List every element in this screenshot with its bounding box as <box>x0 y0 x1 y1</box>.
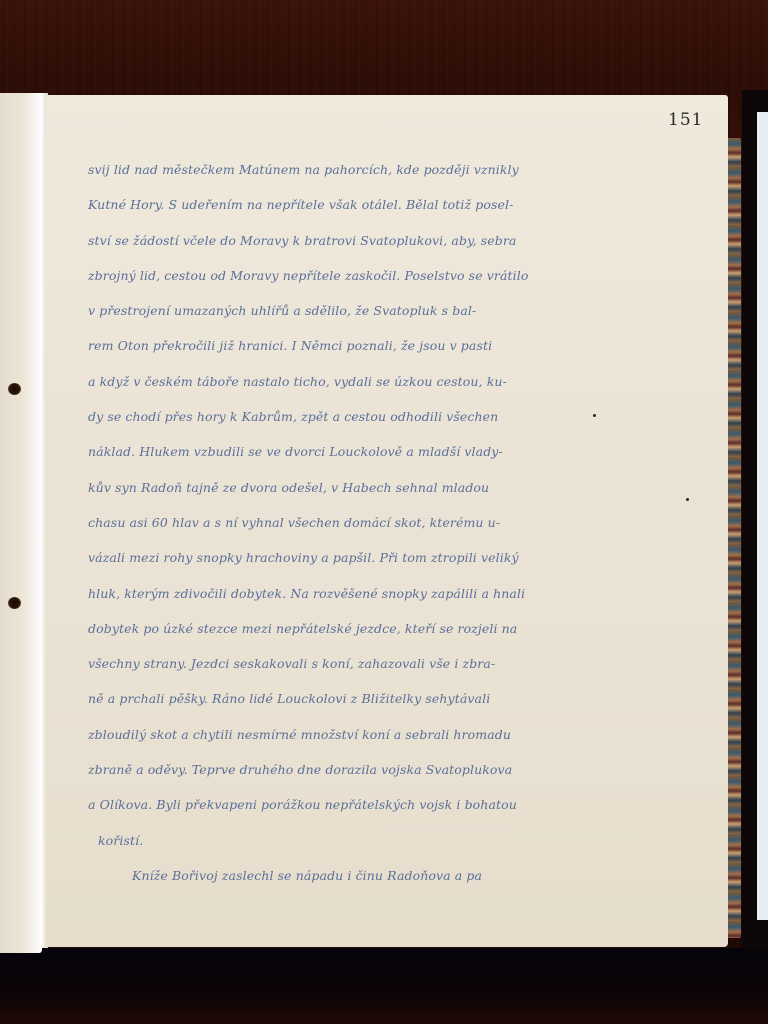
adjacent-sheet-edge <box>757 112 768 920</box>
handwritten-line: ství se žádostí včele do Moravy k bratro… <box>88 223 628 258</box>
handwritten-line: hluk, kterým zdivočili dobytek. Na rozvě… <box>88 576 628 611</box>
handwritten-line: kořistí. <box>88 823 628 858</box>
handwritten-line: zbrojný lid, cestou od Moravy nepřítele … <box>88 258 628 293</box>
punch-hole-icon <box>8 383 21 395</box>
handwritten-line: v přestrojení umazaných uhlířů a sdělilo… <box>88 293 628 328</box>
handwritten-line: a Olíkova. Byli překvapeni porážkou nepř… <box>88 787 628 822</box>
handwritten-line: kův syn Radoň tajně ze dvora odešel, v H… <box>88 470 628 505</box>
book-shadow <box>0 948 768 1024</box>
handwritten-line: chasu asi 60 hlav a s ní vyhnal všechen … <box>88 505 628 540</box>
handwritten-line: náklad. Hlukem vzbudili se ve dvorci Lou… <box>88 434 628 469</box>
marbled-page-edge <box>727 138 741 938</box>
handwritten-line: rem Oton překročili již hranici. I Němci… <box>88 328 628 363</box>
paper-speck <box>686 498 689 501</box>
handwritten-line: ně a prchali pěšky. Ráno lidé Louckolovi… <box>88 681 628 716</box>
handwritten-text-body: svij lid nad městečkem Matúnem na pahorc… <box>88 152 628 893</box>
handwritten-line: zbraně a oděvy. Teprve druhého dne doraz… <box>88 752 628 787</box>
handwritten-line: dobytek po úzké stezce mezi nepřátelské … <box>88 611 628 646</box>
page-number: 151 <box>668 110 703 130</box>
handwritten-line: svij lid nad městečkem Matúnem na pahorc… <box>88 152 628 187</box>
punch-hole-icon <box>8 597 21 609</box>
handwritten-line: Kníže Bořivoj zaslechl se nápadu i činu … <box>88 858 628 893</box>
handwritten-line: Kutné Hory. S udeřením na nepřítele však… <box>88 187 628 222</box>
handwritten-line: vázali mezi rohy snopky hrachoviny a pap… <box>88 540 628 575</box>
handwritten-line: všechny strany. Jezdci seskakovali s kon… <box>88 646 628 681</box>
handwritten-line: zbloudilý skot a chytili nesmírné množst… <box>88 717 628 752</box>
handwritten-line: dy se chodí přes hory k Kabrům, zpět a c… <box>88 399 628 434</box>
handwritten-line: a když v českém táboře nastalo ticho, vy… <box>88 364 628 399</box>
paper-speck <box>593 414 596 417</box>
